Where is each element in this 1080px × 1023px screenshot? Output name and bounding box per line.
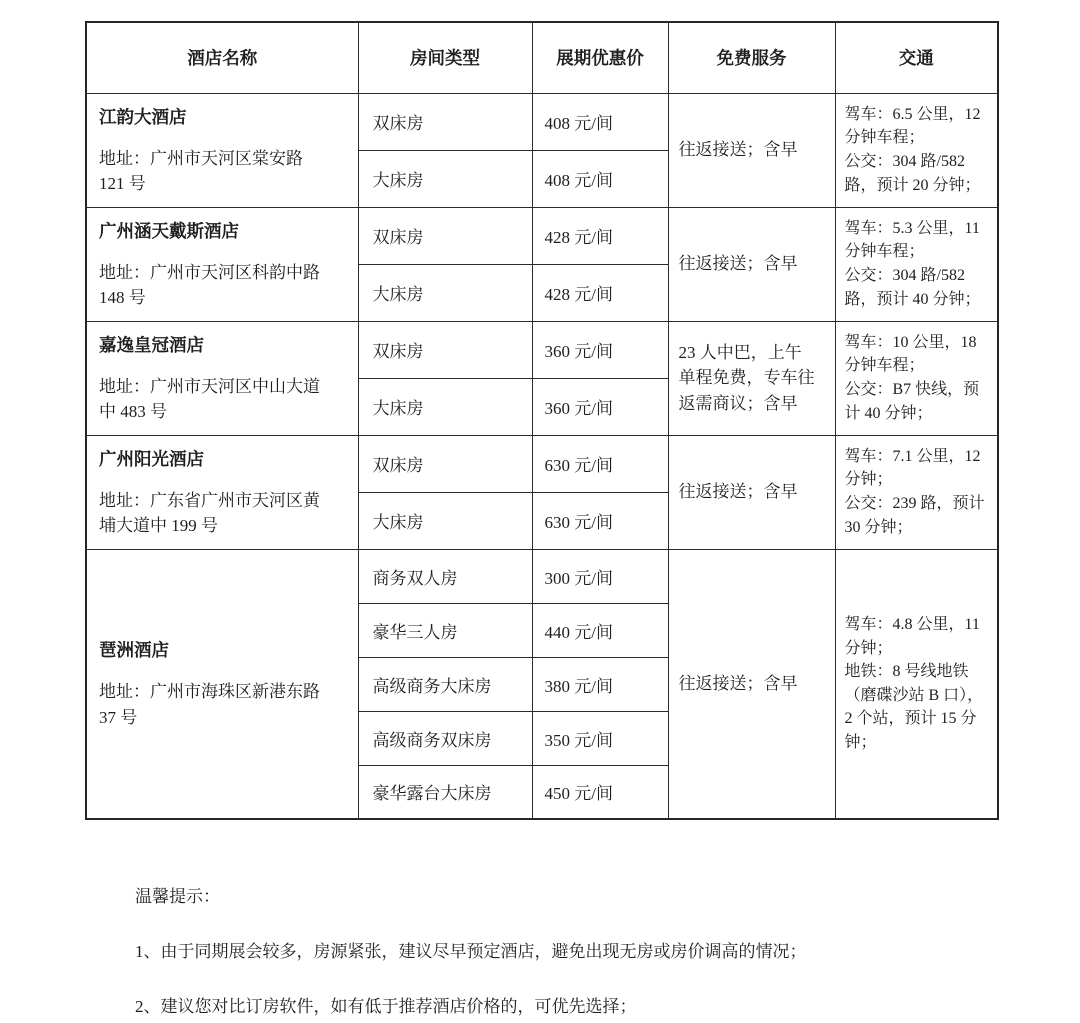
room-price-cell: 380 元/间: [532, 657, 668, 711]
hotel-name: 广州涵天戴斯酒店: [99, 218, 346, 243]
hotel-address: 地址：广州市天河区科韵中路 148 号: [99, 260, 346, 311]
room-price-cell: 350 元/间: [532, 711, 668, 765]
table-row: 江韵大酒店 地址：广州市天河区棠安路 121 号 双床房 408 元/间 往返接…: [86, 93, 998, 150]
free-service-cell: 往返接送；含早: [668, 435, 835, 549]
hotel-cell: 琶洲酒店 地址：广州市海珠区新港东路 37 号: [86, 549, 358, 819]
room-type-cell: 豪华三人房: [358, 603, 532, 657]
table-header-row: 酒店名称 房间类型 展期优惠价 免费服务 交通: [86, 22, 998, 93]
transport-cell: 驾车：7.1 公里，12 分钟； 公交：239 路，预计 30 分钟；: [835, 435, 998, 549]
room-price-cell: 428 元/间: [532, 264, 668, 321]
transport-cell: 驾车：4.8 公里，11 分钟； 地铁：8 号线地铁 （磨碟沙站 B 口）， 2…: [835, 549, 998, 819]
table-row: 嘉逸皇冠酒店 地址：广州市天河区中山大道 中 483 号 双床房 360 元/间…: [86, 321, 998, 378]
transport-cell: 驾车：10 公里，18 分钟车程； 公交：B7 快线，预 计 40 分钟；: [835, 321, 998, 435]
hotel-cell: 嘉逸皇冠酒店 地址：广州市天河区中山大道 中 483 号: [86, 321, 358, 435]
table-row: 琶洲酒店 地址：广州市海珠区新港东路 37 号 商务双人房 300 元/间 往返…: [86, 549, 998, 603]
room-price-cell: 408 元/间: [532, 93, 668, 150]
room-price-cell: 408 元/间: [532, 150, 668, 207]
room-price-cell: 440 元/间: [532, 603, 668, 657]
notes-section: 温馨提示： 1、由于同期展会较多，房源紧张，建议尽早预定酒店，避免出现无房或房价…: [135, 882, 807, 1017]
room-type-cell: 双床房: [358, 93, 532, 150]
free-service-cell: 往返接送；含早: [668, 549, 835, 819]
hotel-address: 地址：广州市天河区棠安路 121 号: [99, 146, 346, 197]
room-type-cell: 大床房: [358, 150, 532, 207]
note-item-2: 2、建议您对比订房软件，如有低于推荐酒店价格的，可优先选择；: [135, 992, 807, 1017]
room-price-cell: 450 元/间: [532, 765, 668, 819]
hotel-name: 江韵大酒店: [99, 104, 346, 129]
hotel-cell: 广州阳光酒店 地址：广东省广州市天河区黄 埔大道中 199 号: [86, 435, 358, 549]
room-type-cell: 大床房: [358, 378, 532, 435]
header-cell-price: 展期优惠价: [532, 22, 668, 93]
room-price-cell: 630 元/间: [532, 435, 668, 492]
hotel-cell: 江韵大酒店 地址：广州市天河区棠安路 121 号: [86, 93, 358, 207]
free-service-cell: 往返接送；含早: [668, 93, 835, 207]
transport-cell: 驾车：6.5 公里，12 分钟车程； 公交：304 路/582 路，预计 20 …: [835, 93, 998, 207]
hotel-name: 琶洲酒店: [99, 637, 346, 662]
header-cell-free-service: 免费服务: [668, 22, 835, 93]
room-type-cell: 大床房: [358, 492, 532, 549]
room-price-cell: 630 元/间: [532, 492, 668, 549]
table-row: 广州涵天戴斯酒店 地址：广州市天河区科韵中路 148 号 双床房 428 元/间…: [86, 207, 998, 264]
header-cell-transport: 交通: [835, 22, 998, 93]
room-type-cell: 商务双人房: [358, 549, 532, 603]
room-price-cell: 360 元/间: [532, 321, 668, 378]
free-service-cell: 往返接送；含早: [668, 207, 835, 321]
room-price-cell: 428 元/间: [532, 207, 668, 264]
room-type-cell: 双床房: [358, 321, 532, 378]
header-cell-hotel-name: 酒店名称: [86, 22, 358, 93]
transport-cell: 驾车：5.3 公里，11 分钟车程； 公交：304 路/582 路，预计 40 …: [835, 207, 998, 321]
hotel-address: 地址：广东省广州市天河区黄 埔大道中 199 号: [99, 488, 346, 539]
notes-title: 温馨提示：: [135, 882, 807, 907]
room-type-cell: 高级商务大床房: [358, 657, 532, 711]
room-type-cell: 双床房: [358, 207, 532, 264]
hotel-name: 嘉逸皇冠酒店: [99, 332, 346, 357]
room-type-cell: 双床房: [358, 435, 532, 492]
hotel-address: 地址：广州市天河区中山大道 中 483 号: [99, 374, 346, 425]
table-row: 广州阳光酒店 地址：广东省广州市天河区黄 埔大道中 199 号 双床房 630 …: [86, 435, 998, 492]
hotel-cell: 广州涵天戴斯酒店 地址：广州市天河区科韵中路 148 号: [86, 207, 358, 321]
room-type-cell: 大床房: [358, 264, 532, 321]
hotel-table: 酒店名称 房间类型 展期优惠价 免费服务 交通 江韵大酒店 地址：广州市天河区棠…: [85, 21, 999, 820]
room-price-cell: 300 元/间: [532, 549, 668, 603]
header-cell-room-type: 房间类型: [358, 22, 532, 93]
hotel-address: 地址：广州市海珠区新港东路 37 号: [99, 679, 346, 730]
hotel-name: 广州阳光酒店: [99, 446, 346, 471]
document-page: 酒店名称 房间类型 展期优惠价 免费服务 交通 江韵大酒店 地址：广州市天河区棠…: [0, 0, 1080, 1023]
room-type-cell: 高级商务双床房: [358, 711, 532, 765]
note-item-1: 1、由于同期展会较多，房源紧张，建议尽早预定酒店，避免出现无房或房价调高的情况；: [135, 937, 807, 962]
room-type-cell: 豪华露台大床房: [358, 765, 532, 819]
free-service-cell: 23 人中巴，上午 单程免费，专车往 返需商议；含早: [668, 321, 835, 435]
room-price-cell: 360 元/间: [532, 378, 668, 435]
